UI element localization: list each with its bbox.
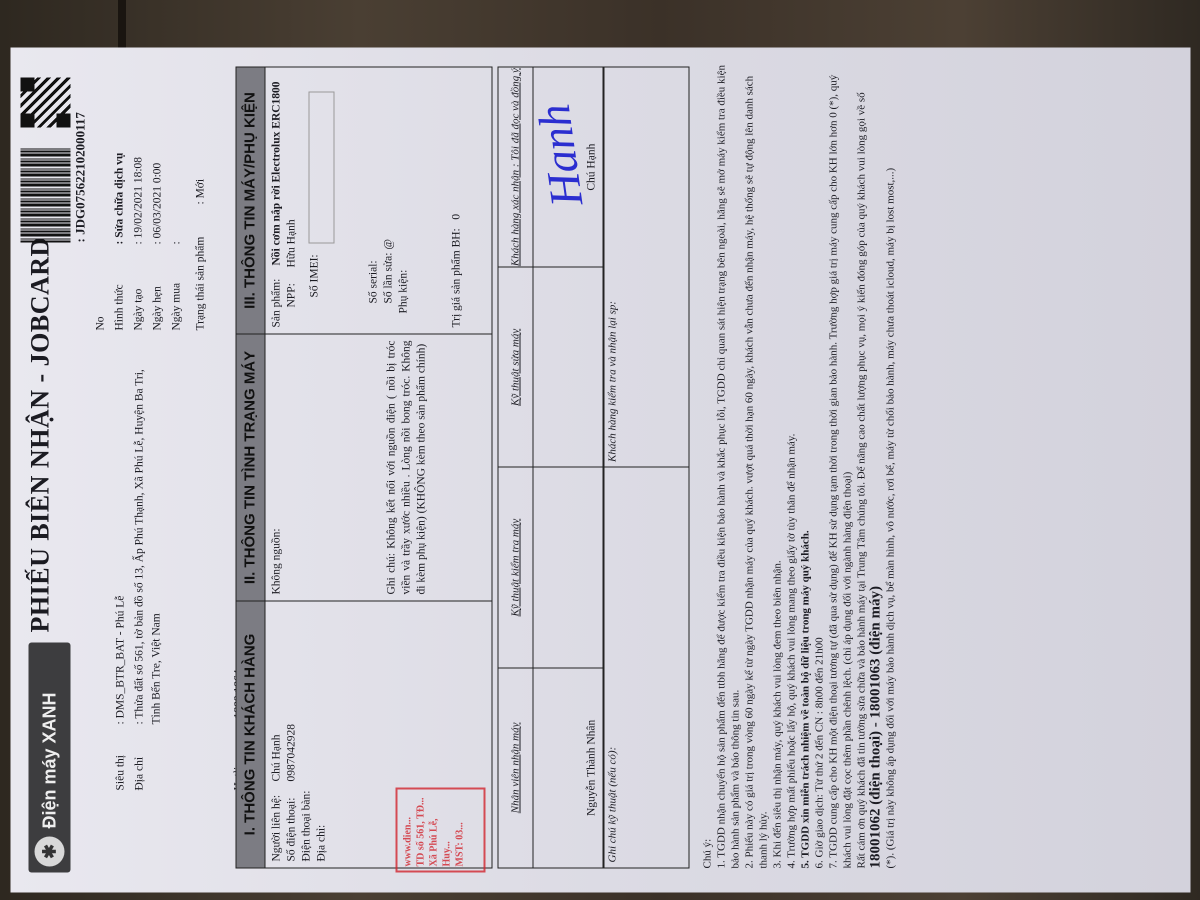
meta-label: Ngày tạo bbox=[131, 247, 148, 331]
brand-mascot-icon: ✱ bbox=[35, 837, 65, 867]
address-label: Địa chỉ bbox=[132, 727, 166, 791]
qr-code-icon bbox=[21, 78, 71, 128]
brand-name: Điện máy XANH bbox=[39, 692, 60, 828]
accessories-label: Phụ kiện: bbox=[397, 74, 412, 314]
signature-receiver: Nhân viên nhận máyNguyễn Thành Nhân bbox=[499, 667, 604, 867]
warranty-value: 0 bbox=[451, 214, 463, 220]
notes-title: Chú ý: bbox=[701, 64, 715, 869]
note-item: 2. Phiếu này có giá trị trong vòng 60 ng… bbox=[743, 64, 771, 869]
barcode-icon bbox=[21, 148, 71, 243]
field-label: Địa chỉ: bbox=[315, 782, 330, 862]
contact-name: Chú Hạnh bbox=[270, 735, 285, 782]
signature-header: Kỹ thuật kiểm tra máy bbox=[499, 468, 534, 667]
terms-notes: Chú ý: 1. TGDD nhận chuyển hộ sản phẩm đ… bbox=[701, 64, 898, 869]
field-label: NPP: bbox=[285, 268, 300, 308]
signature-inspector: Kỹ thuật kiểm tra máy bbox=[499, 467, 604, 667]
meta-value: : 06/03/2021 0:00 bbox=[150, 149, 167, 245]
note-item: 4. Trường hợp mất phiếu hoặc lấy hộ, quý… bbox=[785, 64, 799, 869]
tech-remark-label: Ghi chú kỹ thuật (nếu có): bbox=[604, 467, 689, 868]
warranty-value-label: Trị giá sản phẩm BH: bbox=[451, 228, 463, 327]
serial-label: Số serial: bbox=[367, 74, 382, 304]
field-label: Người liên hệ: bbox=[270, 782, 285, 862]
product-name: Nồi cơm nắp rời Electrolux ERC1800 bbox=[270, 81, 285, 265]
field-label: Điện thoại bàn: bbox=[300, 782, 315, 862]
product-status: Trạng thái sản phẩm: Mới bbox=[191, 173, 212, 333]
remarks-table: Ghi chú kỹ thuật (nếu có): Khách hàng ki… bbox=[603, 67, 690, 869]
repair-count-label: Số lần sửa: bbox=[383, 253, 395, 304]
status-value: : Mới bbox=[193, 175, 210, 205]
device-condition-section: II. THÔNG TIN TÌNH TRẠNG MÁY Không nguồn… bbox=[237, 334, 492, 601]
field-label: Sản phẩm: bbox=[270, 266, 285, 328]
signature-header: Kỹ thuật sửa máy bbox=[499, 268, 534, 467]
status-label: Trạng thái sản phẩm bbox=[193, 207, 210, 331]
note-item: Rất cám ơn quý khách đã tin tưởng sửa ch… bbox=[855, 64, 869, 869]
signature-table: Nhân viên nhận máyNguyễn Thành Nhân Kỹ t… bbox=[498, 67, 605, 869]
phone-number: 0987042928 bbox=[285, 724, 300, 782]
section-title: III. THÔNG TIN MÁY/PHỤ KIỆN bbox=[237, 68, 266, 334]
meta-label: Ngày hẹn bbox=[150, 247, 167, 331]
power-status: Không nguồn: bbox=[270, 341, 285, 595]
signature-name bbox=[534, 468, 604, 667]
signature-header: Nhân viên nhận máy bbox=[499, 668, 534, 867]
meta-label: Hình thức bbox=[112, 247, 129, 331]
brand-logo: ✱ Điện máy XANH bbox=[29, 643, 71, 873]
document-title: PHIẾU BIÊN NHẬN - JOBCARD bbox=[26, 237, 56, 632]
meta-value: : Sửa chữa dịch vụ bbox=[112, 149, 129, 245]
section-title: II. THÔNG TIN TÌNH TRẠNG MÁY bbox=[237, 335, 266, 601]
distributor: Hữu Hạnh bbox=[285, 219, 300, 267]
signature-repairer: Kỹ thuật sửa máy bbox=[499, 267, 604, 467]
meta-value bbox=[93, 149, 110, 245]
handwritten-signature: Hanh bbox=[527, 101, 594, 210]
stamp-line: TD số 561, TĐ... bbox=[415, 794, 428, 867]
store-info: Siêu thị: DMS_BTR_BAT - Phú Lễ Địa chỉ: … bbox=[111, 353, 168, 793]
store-label: Siêu thị bbox=[113, 727, 130, 791]
signature-customer: Khách hàng xác nhận : Tôi đã đọc và đồng… bbox=[499, 68, 604, 267]
note-item: 3. Khi đến siêu thị nhận máy, quý khách … bbox=[771, 64, 785, 869]
stamp-line: www.dien... bbox=[402, 794, 415, 867]
footnote: (*). (Giá trị này không áp dụng đối với … bbox=[884, 64, 898, 869]
stamp-line: Xã Phú Lễ, Huy... bbox=[428, 794, 454, 867]
meta-label: No bbox=[93, 247, 110, 331]
imei-field bbox=[309, 92, 335, 244]
signature-header: Khách hàng xác nhận : Tôi đã đọc và đồng… bbox=[499, 68, 534, 267]
red-store-stamp: www.dien... TD số 561, TĐ... Xã Phú Lễ, … bbox=[396, 788, 486, 873]
note-item: 6. Giờ giao dịch: Từ thứ 2 đến CN : 8h00… bbox=[813, 64, 827, 869]
meta-label: Ngày mua bbox=[169, 247, 186, 331]
note-item: 5. TGDD xin miễn trách nhiệm về toàn bộ … bbox=[799, 64, 813, 869]
info-table: I. THÔNG TIN KHÁCH HÀNG Người liên hệ:Ch… bbox=[236, 67, 493, 869]
jobcard-code: : JDG075622102000117 bbox=[73, 112, 89, 242]
meta-value: : bbox=[169, 149, 186, 245]
field-label: Số điện thoại: bbox=[285, 782, 300, 862]
note-item: 7. TGDD cung cấp cho KH một điện thoại t… bbox=[827, 64, 855, 869]
customer-check-label: Khách hàng kiểm tra và nhận lại sp: bbox=[604, 68, 689, 468]
condition-note: Ghi chú: Không kết nối với nguồn điện ( … bbox=[385, 341, 430, 595]
address-value: : Thửa đất số 561, tờ bản đồ số 13, Ấp P… bbox=[132, 355, 166, 725]
jobcard-receipt: ✱ Điện máy XANH PHIẾU BIÊN NHẬN - JOBCAR… bbox=[11, 48, 1191, 893]
customer-signature-cell: HanhChú Hạnh bbox=[534, 68, 604, 267]
stamp-line: MST: 03... bbox=[454, 794, 467, 867]
section-title: I. THÔNG TIN KHÁCH HÀNG bbox=[237, 602, 266, 868]
job-meta: No Hình thức: Sửa chữa dịch vụ Ngày tạo:… bbox=[91, 147, 188, 333]
note-item: 1. TGDD nhận chuyển hộ sản phẩm đến ttbh… bbox=[715, 64, 743, 869]
store-value: : DMS_BTR_BAT - Phú Lễ bbox=[113, 355, 130, 725]
feedback-hotline: 18001062 (điện thoại) - 18001063 (điện m… bbox=[868, 586, 884, 869]
repair-count-value: @ bbox=[383, 239, 395, 250]
signature-name: Nguyễn Thành Nhân bbox=[534, 668, 604, 867]
signature-name bbox=[534, 268, 604, 467]
meta-value: : 19/02/2021 18:08 bbox=[131, 149, 148, 245]
device-info-section: III. THÔNG TIN MÁY/PHỤ KIỆN Sản phẩm:Nồi… bbox=[237, 68, 492, 334]
